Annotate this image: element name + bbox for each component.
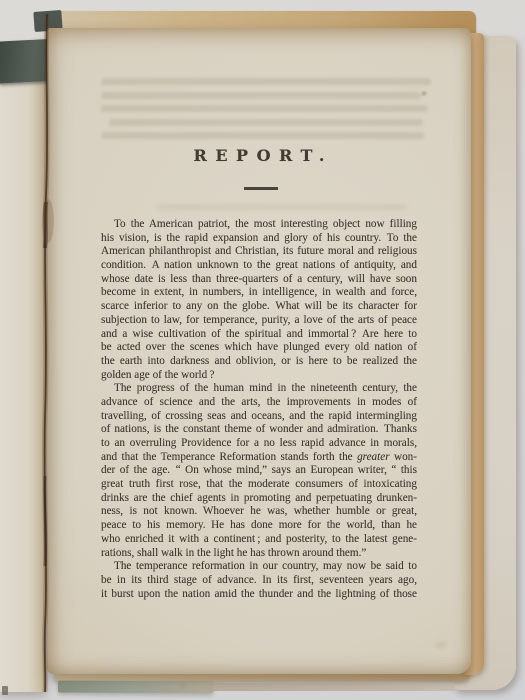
paragraph: To the American patriot, the most intere… — [101, 218, 417, 382]
text-line: and that the Temperance Reformation stan… — [101, 451, 417, 465]
text-line: and a wise cultivation of the spiritual … — [101, 328, 417, 342]
text-block: To the American patriot, the most intere… — [101, 218, 417, 601]
text-line: be acted over the scenes which have plun… — [101, 341, 417, 355]
text-line: it burst upon the nation amid the thunde… — [101, 588, 417, 602]
cover-bottom-sliver — [58, 681, 213, 694]
text-line: great truth first rose, that the moderat… — [101, 478, 417, 492]
foxing-stain — [432, 638, 450, 652]
text-line: the earth into darkness and oblivion, or… — [101, 355, 417, 369]
ink-speck — [420, 90, 428, 97]
text-line: American philanthropist and Christian, i… — [101, 245, 417, 259]
text-line: drinks are the chief agents in promoting… — [101, 492, 417, 506]
title-divider-rule — [244, 187, 278, 190]
text-line: scarce inferior to any on the globe. Wha… — [101, 300, 417, 314]
cover-bottom-sliver-right — [205, 683, 455, 691]
text-line: der of the age. “ On whose mind,” says a… — [101, 464, 417, 478]
cover-speck — [2, 686, 8, 695]
text-line: To the American patriot, the most intere… — [101, 218, 417, 232]
show-through-ghost-text — [101, 78, 431, 146]
text-line: subjection to law, for temperance, purit… — [101, 314, 417, 328]
text-line: advance of science and the arts, the imp… — [101, 396, 417, 410]
text-line: travelling, of crossing seas and oceans,… — [101, 410, 417, 424]
text-line: golden age of the world ? — [101, 369, 417, 383]
paragraph: The progress of the human mind in the ni… — [101, 382, 417, 560]
text-line: of nations, is the constant theme of won… — [101, 423, 417, 437]
text-line: ness, is not known. Whoever he was, whet… — [101, 505, 417, 519]
paragraph: The temperance reformation in our countr… — [101, 560, 417, 601]
text-line: peace to his memory. He has done more fo… — [101, 519, 417, 533]
text-line: become in extent, in numbers, in intelli… — [101, 286, 417, 300]
text-line: The temperance reformation in our countr… — [101, 560, 417, 574]
text-line: whose date is less than three-quarters o… — [101, 273, 417, 287]
show-through-smudge — [157, 204, 407, 210]
text-line: be in its third stage of advance. In its… — [101, 574, 417, 588]
book-page: REPORT. To the American patriot, the mos… — [47, 28, 471, 674]
page-title: REPORT. — [47, 146, 471, 165]
text-line: who enriched it with a continent ; and p… — [101, 533, 417, 547]
facing-page — [0, 54, 46, 692]
text-line: The progress of the human mind in the ni… — [101, 382, 417, 396]
text-line: his vision, is the rapid expansion and g… — [101, 232, 417, 246]
text-line: condition. A nation unknown to the great… — [101, 259, 417, 273]
text-line: to an overruling Providence for a no les… — [101, 437, 417, 451]
foxing-stain — [177, 680, 189, 690]
text-line: rations, shall walk in the light he has … — [101, 547, 417, 561]
